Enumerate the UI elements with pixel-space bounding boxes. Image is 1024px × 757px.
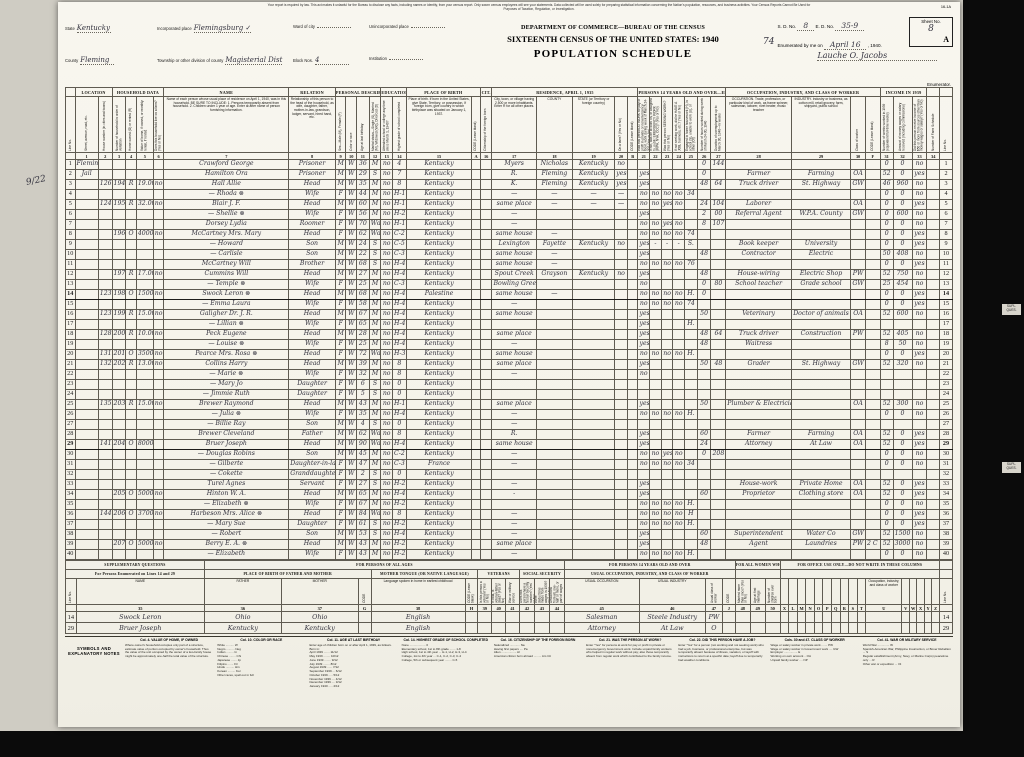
col-header-nm: NAME — [76, 579, 204, 605]
col-header-oY — [924, 579, 931, 605]
cell-rc: W — [346, 220, 357, 230]
cell-e3 — [661, 490, 673, 500]
table-row: 34205O5000noHinton W. A.HeadMW65MnoH-4Ke… — [66, 490, 953, 500]
col-header-oZ — [932, 579, 940, 605]
cell-lnR: 3 — [940, 180, 953, 190]
col-number: 20 — [615, 153, 628, 160]
cell-fm — [153, 370, 164, 380]
cell-oW — [909, 623, 916, 634]
column-group — [940, 88, 953, 97]
cell-rc: W — [346, 390, 357, 400]
cell-oi: yes — [912, 430, 927, 440]
col-number: S — [849, 605, 858, 612]
cell-oi: yes — [912, 230, 927, 240]
cell-e5: 74 — [685, 230, 698, 240]
cell-r1: same house — [492, 290, 536, 300]
table-row: 29Bruer JosephKentuckyKentuckyEnglishAtt… — [66, 623, 953, 634]
col-number: 49 — [750, 605, 765, 612]
cell-oc — [726, 420, 792, 430]
cell-hn — [98, 170, 112, 180]
cell-lnL: 28 — [66, 430, 76, 440]
cell-fm: no — [153, 400, 164, 410]
cell-sx: M — [335, 160, 346, 170]
cell-r1: Myers — [492, 160, 536, 170]
cell-cz — [480, 390, 492, 400]
cell-e5 — [685, 420, 698, 430]
cell-hn: 126 — [98, 180, 112, 190]
cell-oR — [840, 623, 849, 634]
cell-in: Water Co — [791, 530, 850, 540]
cell-ms: M — [369, 160, 381, 170]
col-number: 11 — [357, 153, 370, 160]
cell-r3 — [572, 310, 614, 320]
cell-hh: 202 — [112, 360, 126, 370]
cell-st — [75, 490, 98, 500]
cell-sc: no — [381, 330, 393, 340]
cell-in — [791, 500, 850, 510]
cell-e4 — [673, 440, 685, 450]
cell-r3 — [572, 550, 614, 560]
cell-wg — [893, 380, 912, 390]
col-number: 23 — [661, 153, 673, 160]
cell-oc — [726, 300, 792, 310]
col-number: 45 — [564, 605, 639, 612]
cell-cl — [851, 220, 866, 230]
cell-e1: yes — [638, 310, 650, 320]
cell-lnR: 39 — [940, 540, 953, 550]
cell-rc: W — [346, 470, 357, 480]
cell-ag: 25 — [357, 340, 370, 350]
cell-fs — [927, 170, 940, 180]
cell-w1 — [735, 623, 750, 634]
cell-hn — [98, 540, 112, 550]
cell-wk: 0 — [880, 520, 893, 530]
cell-e1: yes — [638, 270, 650, 280]
cell-e5 — [685, 470, 698, 480]
cell-oi: yes — [912, 200, 927, 210]
cell-wk: 0 — [880, 500, 893, 510]
cell-e2 — [650, 170, 662, 180]
col-number: 32 — [893, 153, 912, 160]
col-header-e1: Was this person AT WORK for pay or profi… — [638, 97, 650, 153]
cell-du — [711, 270, 726, 280]
cell-rc: W — [346, 300, 357, 310]
cell-e1: no — [638, 520, 650, 530]
cell-e1: yes — [638, 210, 650, 220]
cell-wg: 320 — [893, 360, 912, 370]
cell-oc — [726, 260, 792, 270]
cell-ms: S — [369, 420, 381, 430]
col-number: M — [797, 605, 806, 612]
cell-rc: W — [346, 420, 357, 430]
cell-ms: Wd — [369, 230, 381, 240]
cell-lnL: 21 — [66, 360, 76, 370]
cell-e5 — [685, 270, 698, 280]
cell-tn — [126, 420, 137, 430]
col-header-cz: Citizenship of the foreign born — [480, 97, 492, 153]
cell-cz — [480, 440, 492, 450]
col-number: 17 — [492, 153, 536, 160]
cell-rc: W — [346, 360, 357, 370]
cell-tn — [126, 390, 137, 400]
cell-fm — [153, 250, 164, 260]
col-number: 16 — [480, 153, 492, 160]
footer-note-block: Col. 16. CITIZENSHIP OF THE FOREIGN BORN… — [492, 638, 584, 688]
cell-du — [711, 240, 726, 250]
col-number: 4 — [126, 153, 137, 160]
cell-nm: — Lillian ⊗ — [164, 320, 289, 330]
col-header-fm: Does this household live on a farm? (Yes… — [153, 97, 164, 153]
cell-hr: 48 — [697, 540, 711, 550]
col-header-e3: Was this person SEEKING WORK? (Yes or No… — [661, 97, 673, 153]
cell-hn — [98, 430, 112, 440]
state-label: State — [65, 26, 75, 31]
cell-tn — [126, 250, 137, 260]
cell-lnR: 20 — [940, 350, 953, 360]
cell-rc: W — [346, 400, 357, 410]
cell-lnR: 5 — [940, 200, 953, 210]
cell-tn: O — [126, 440, 137, 450]
cell-gr: H-4 — [393, 300, 407, 310]
cell-fs — [927, 460, 940, 470]
cell-fm — [153, 300, 164, 310]
cell-wg: 0 — [893, 350, 912, 360]
cell-rc: W — [346, 250, 357, 260]
cell-sx: F — [335, 230, 346, 240]
cell-hr: 48 — [697, 340, 711, 350]
cell-oc: Farmer — [726, 430, 792, 440]
col-number: 34 — [927, 153, 940, 160]
cell-cdB — [627, 510, 638, 520]
cell-nm: — Robert — [164, 530, 289, 540]
cell-fs — [927, 300, 940, 310]
cell-lnR: 35 — [940, 500, 953, 510]
cell-nm: Blair J. F. — [164, 200, 289, 210]
cell-r3 — [572, 330, 614, 340]
cell-sx: F — [335, 280, 346, 290]
cell-e4: no — [673, 450, 685, 460]
cell-hn — [98, 420, 112, 430]
cell-bp: Kentucky — [406, 330, 472, 340]
column-group: RELATION — [289, 88, 336, 97]
cell-bp: Palestine — [406, 290, 472, 300]
cell-hr: 0 — [697, 170, 711, 180]
cell-e2: no — [650, 510, 662, 520]
cell-vl — [136, 550, 153, 560]
page-mark: 74 — [763, 15, 777, 87]
cell-nm: — Julia ⊗ — [164, 410, 289, 420]
footer-note-line: Enter "Yes" for persons at work for pay … — [586, 644, 674, 659]
cell-e3: no — [661, 290, 673, 300]
col-header-r3: STATE (or Territory or foreign country) — [572, 97, 614, 153]
cell-cl: PW — [851, 540, 866, 550]
cell-rf — [615, 500, 628, 510]
cell-r1: same house — [492, 310, 536, 320]
cell-hr — [697, 260, 711, 270]
cell-rc: W — [346, 520, 357, 530]
cell-e5: H. — [685, 550, 698, 560]
cell-st — [75, 370, 98, 380]
col-header-wg: Amount of money wages or salary received… — [893, 97, 912, 153]
column-group — [939, 570, 952, 579]
cell-e4: no — [673, 190, 685, 200]
cell-oi: no — [912, 530, 927, 540]
cell-cl: OA — [851, 400, 866, 410]
field-county: CountyFleming — [65, 55, 157, 87]
cell-sc: no — [381, 220, 393, 230]
cell-e2 — [650, 360, 662, 370]
cell-gr: C-2 — [393, 230, 407, 240]
cell-r2: Grayson — [536, 270, 572, 280]
cell-e1: no — [638, 300, 650, 310]
cell-lnR: 18 — [940, 330, 953, 340]
cell-cl: GW — [851, 210, 866, 220]
cell-ms: M — [369, 490, 381, 500]
cell-hh — [112, 500, 126, 510]
cell-du — [711, 310, 726, 320]
cell-ag: 47 — [357, 460, 370, 470]
col-header-oU: Occupation, industry, and class of worke… — [866, 579, 902, 605]
cell-cdA — [472, 280, 480, 290]
column-group: CIT. — [480, 88, 492, 97]
cell-cz — [480, 420, 492, 430]
cell-r3 — [572, 520, 614, 530]
cell-cz — [480, 210, 492, 220]
cell-sc: no — [381, 480, 393, 490]
cell-in — [791, 220, 850, 230]
cell-bp: France — [406, 460, 472, 470]
cell-vl — [136, 210, 153, 220]
cell-e3 — [661, 430, 673, 440]
col-number: 48 — [735, 605, 750, 612]
cell-hn — [98, 410, 112, 420]
cell-du — [711, 350, 726, 360]
cell-e4: no — [673, 520, 685, 530]
cell-r3 — [572, 510, 614, 520]
cell-oi: no — [912, 160, 927, 170]
cell-oc: Waitress — [726, 340, 792, 350]
cell-tn — [126, 430, 137, 440]
cell-hh — [112, 340, 126, 350]
cell-gr: H-4 — [393, 330, 407, 340]
cell-uc: O — [705, 623, 722, 634]
cell-wg: 0 — [893, 490, 912, 500]
cell-r3 — [572, 360, 614, 370]
cell-ms: S — [369, 240, 381, 250]
cell-ag: 2 — [357, 470, 370, 480]
table-row: 27— Billie RaySonMW4Sno0Kentucky—27 — [66, 420, 953, 430]
cell-r2 — [536, 340, 572, 350]
cell-gr: 4 — [393, 160, 407, 170]
cell-rl: Daughter — [289, 380, 336, 390]
cell-bp: Kentucky — [406, 210, 472, 220]
cell-rl: Head — [289, 230, 336, 240]
cell-r2 — [536, 400, 572, 410]
cell-fs — [927, 420, 940, 430]
cell-sx: F — [335, 480, 346, 490]
cell-ms: M — [369, 270, 381, 280]
cell-oi: no — [912, 270, 927, 280]
cell-wg — [893, 370, 912, 380]
cell-rl: Head — [289, 540, 336, 550]
cell-cdA — [472, 170, 480, 180]
cell-fm — [153, 260, 164, 270]
block-label: Block Nos. — [293, 58, 313, 63]
cell-wg — [893, 390, 912, 400]
cell-in: University — [791, 240, 850, 250]
cell-lnR: 36 — [940, 510, 953, 520]
cell-r2 — [536, 480, 572, 490]
cell-hr: 60 — [697, 490, 711, 500]
cell-cdA — [472, 510, 480, 520]
cell-lnR: 11 — [940, 260, 953, 270]
cell-in: Clothing store — [791, 490, 850, 500]
cell-cl: PW — [851, 270, 866, 280]
cell-rl: Head — [289, 290, 336, 300]
cell-vl: 3500 — [136, 350, 153, 360]
cell-r1: — — [492, 410, 536, 420]
cell-cdA — [472, 340, 480, 350]
cell-oc — [726, 350, 792, 360]
col-number: 2 — [98, 153, 112, 160]
cell-r1: — — [492, 510, 536, 520]
cell-hr — [697, 410, 711, 420]
cell-e2 — [650, 380, 662, 390]
cell-rf — [615, 430, 628, 440]
county-label: County — [65, 58, 78, 63]
cell-e2 — [650, 330, 662, 340]
cell-cz — [480, 480, 492, 490]
cell-cz — [480, 250, 492, 260]
cell-e1: no — [638, 460, 650, 470]
cell-ms: S — [369, 250, 381, 260]
cell-ms: S — [369, 530, 381, 540]
cell-oc — [726, 450, 792, 460]
cell-r2: — — [536, 230, 572, 240]
col-number: 14 — [393, 153, 407, 160]
cell-rf — [615, 330, 628, 340]
county-value: Fleming — [80, 57, 114, 65]
cell-e2: - — [650, 240, 662, 250]
col-header-hr: Number of hours worked during week of Ma… — [697, 97, 711, 153]
cell-sx: M — [335, 420, 346, 430]
footer-note-block: SYMBOLS AND EXPLANATORY NOTES — [65, 638, 123, 688]
cell-cdB — [627, 200, 638, 210]
cell-hh — [112, 380, 126, 390]
cell-nm: — Temple ⊗ — [164, 280, 289, 290]
cell-vl — [136, 430, 153, 440]
cell-fm — [153, 470, 164, 480]
cell-st — [75, 540, 98, 550]
cell-r1 — [492, 390, 536, 400]
cell-hh — [112, 370, 126, 380]
cell-bp: Kentucky — [406, 280, 472, 290]
cell-rf — [615, 310, 628, 320]
cell-sx: F — [335, 550, 346, 560]
cell-e5 — [685, 530, 698, 540]
cell-hn — [98, 220, 112, 230]
cell-in — [791, 370, 850, 380]
cell-rc: W — [346, 550, 357, 560]
cell-bp: Kentucky — [406, 480, 472, 490]
col-number: 29 — [791, 153, 850, 160]
cell-in — [791, 460, 850, 470]
cell-cl — [851, 340, 866, 350]
cell-r1: same house — [492, 350, 536, 360]
cell-rc: W — [346, 240, 357, 250]
cell-st — [75, 230, 98, 240]
cell-gr: H-2 — [393, 540, 407, 550]
cell-fs — [927, 330, 940, 340]
cell-e2 — [650, 280, 662, 290]
col-number: 22 — [650, 153, 662, 160]
cell-cl — [851, 450, 866, 460]
cell-e4 — [673, 540, 685, 550]
cell-nm: — Shellie ⊗ — [164, 210, 289, 220]
cell-rl: Wife — [289, 190, 336, 200]
col-number: 18 — [536, 153, 572, 160]
schedule-title: POPULATION SCHEDULE — [463, 48, 763, 60]
cell-tn: R — [126, 360, 137, 370]
cell-cdB — [627, 530, 638, 540]
cell-e3 — [661, 270, 673, 280]
cell-oN — [806, 623, 815, 634]
col-header-s3: Deductions from all, one-half or more, o… — [549, 579, 564, 605]
table-row: 7Dorsey LydiaRoomerFW70WdnoH-1Kentucky—n… — [66, 220, 953, 230]
cell-r3 — [572, 480, 614, 490]
cell-wg: 0 — [893, 300, 912, 310]
cell-hh — [112, 480, 126, 490]
cell-tn — [126, 550, 137, 560]
cell-vl — [136, 320, 153, 330]
cell-rl: Head — [289, 180, 336, 190]
cell-e5 — [685, 310, 698, 320]
cell-wk: 52 — [880, 170, 893, 180]
cell-sc: no — [381, 370, 393, 380]
cell-sc: no — [381, 410, 393, 420]
cell-fs — [927, 230, 940, 240]
cell-hh — [112, 220, 126, 230]
cell-oU — [866, 623, 902, 634]
sheet-suffix: A — [943, 35, 949, 44]
cell-e3: no — [661, 410, 673, 420]
cell-ag: 35 — [357, 410, 370, 420]
cell-e3 — [661, 440, 673, 450]
cell-hr: 0 — [697, 160, 711, 170]
cell-hn — [98, 340, 112, 350]
cell-e2 — [650, 180, 662, 190]
cell-hn — [98, 210, 112, 220]
cell-e1: yes — [638, 540, 650, 550]
cell-gr: 0 — [393, 420, 407, 430]
footer-note-block: Col. 11. AGE AT LAST BIRTHDAYEnter age o… — [307, 638, 399, 688]
cell-bp: Kentucky — [406, 270, 472, 280]
cell-cdF — [865, 320, 880, 330]
cell-e5 — [685, 210, 698, 220]
cell-r3: — — [572, 190, 614, 200]
table-row: 33Turel AgnesServantFW27SnoH-2Kentucky—y… — [66, 480, 953, 490]
cell-hr: 50 — [697, 400, 711, 410]
cell-in — [791, 510, 850, 520]
cell-r3 — [572, 340, 614, 350]
cell-lnR: 29 — [939, 623, 952, 634]
cell-fm — [153, 420, 164, 430]
cell-fs — [927, 390, 940, 400]
cell-e4: no — [673, 220, 685, 230]
cell-cdB — [627, 450, 638, 460]
cell-cdF — [865, 190, 880, 200]
footer-note-line: College, 5th or subsequent year ........… — [402, 659, 490, 663]
